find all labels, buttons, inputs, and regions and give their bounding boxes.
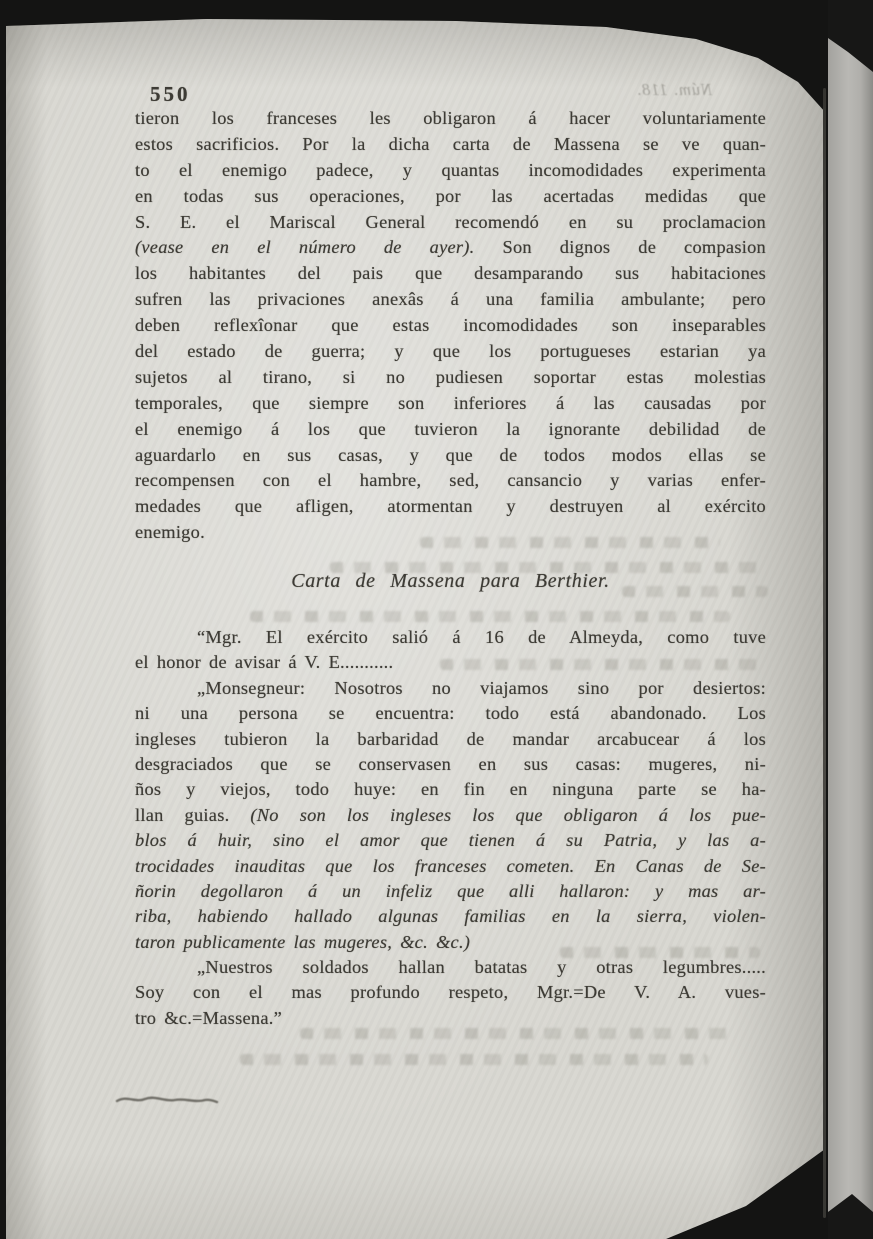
text-line: ingleses tubieron la barbaridad de manda… (135, 727, 766, 752)
text-line: (vease en el número de ayer). Son dignos… (135, 235, 766, 261)
text-segment: „Nuestros soldados hallan batatas y otra… (197, 957, 766, 977)
text-line: „Monsegneur: Nosotros no viajamos sino p… (135, 676, 766, 701)
text-segment: llan guias. (135, 805, 250, 825)
text-line: desgraciados que se conservasen en sus c… (135, 752, 766, 777)
text-segment: S. E. el Mariscal General recomendó en s… (135, 212, 766, 232)
text-line: recompensen con el hambre, sed, cansanci… (135, 468, 766, 494)
bleedthrough-issue-number: Núm. 118. (636, 80, 712, 100)
text-segment: ños y viejos, todo huye: en fin en ningu… (135, 779, 766, 799)
text-segment: to el enemigo padece, y quantas incomodi… (135, 160, 766, 180)
scanned-book-photo: 550 Núm. 118. tieron los franceses les o… (0, 0, 873, 1239)
text-line: Soy con el mas profundo respeto, Mgr.=De… (135, 980, 766, 1005)
book-page: 550 Núm. 118. tieron los franceses les o… (6, 14, 825, 1239)
text-segment: del estado de guerra; y que los portugue… (135, 341, 766, 361)
text-segment: ingleses tubieron la barbaridad de manda… (135, 729, 766, 749)
text-segment: en todas sus operaciones, por las acerta… (135, 186, 766, 206)
italic-text-segment: (No son los ingleses los que obligaron á… (250, 805, 766, 825)
text-line: sufren las privaciones anexâs á una fami… (135, 287, 766, 313)
text-segment: temporales, que siempre son inferiores á… (135, 393, 766, 413)
text-line: sujetos al tirano, si no pudiesen soport… (135, 365, 766, 391)
text-segment: aguardarlo en sus casas, y que de todos … (135, 445, 766, 465)
text-segment: recompensen con el hambre, sed, cansanci… (135, 470, 766, 490)
text-line: en todas sus operaciones, por las acerta… (135, 184, 766, 210)
text-line: tieron los franceses les obligaron á hac… (135, 106, 766, 132)
text-line: el enemigo á los que tuvieron la ignoran… (135, 417, 766, 443)
text-segment: tieron los franceses les obligaron á hac… (135, 108, 766, 128)
text-segment: Son dignos de compasion (475, 237, 766, 257)
text-line: “Mgr. El exército salió á 16 de Almeyda,… (135, 625, 766, 650)
text-line: aguardarlo en sus casas, y que de todos … (135, 443, 766, 469)
text-line: del estado de guerra; y que los portugue… (135, 339, 766, 365)
text-line: riba, habiendo hallado algunas familias … (135, 904, 766, 929)
text-segment: desgraciados que se conservasen en sus c… (135, 754, 766, 774)
text-line: „Nuestros soldados hallan batatas y otra… (135, 955, 766, 980)
text-line: S. E. el Mariscal General recomendó en s… (135, 210, 766, 236)
text-line: to el enemigo padece, y quantas incomodi… (135, 158, 766, 184)
bleedthrough-line (440, 659, 770, 670)
bleedthrough-line (300, 1028, 740, 1039)
text-line: medades que afligen, atormentan y destru… (135, 494, 766, 520)
text-segment: estos sacrificios. Por la dicha carta de… (135, 134, 766, 154)
text-line: deben reflexîonar que estas incomodidade… (135, 313, 766, 339)
italic-text-segment: trocidades inauditas que los franceses c… (135, 856, 766, 876)
text-segment: medades que afligen, atormentan y destru… (135, 496, 766, 516)
text-segment: sujetos al tirano, si no pudiesen soport… (135, 367, 766, 387)
italic-text-segment: (vease en el número de ayer). (135, 237, 475, 257)
text-segment: Soy con el mas profundo respeto, Mgr.=De… (135, 982, 766, 1002)
letter-paragraph: “Mgr. El exército salió á 16 de Almeyda,… (135, 625, 766, 1031)
text-line: trocidades inauditas que los franceses c… (135, 854, 766, 879)
bleedthrough-line (240, 1054, 708, 1065)
text-line: ños y viejos, todo huye: en fin en ningu… (135, 777, 766, 802)
italic-text-segment: ñorin degollaron á un infeliz que alli h… (135, 881, 766, 901)
pen-mark (115, 1090, 219, 1110)
facing-page-edge (828, 0, 873, 1239)
bleedthrough-line (330, 562, 766, 573)
text-segment: “Mgr. El exército salió á 16 de Almeyda,… (197, 627, 766, 647)
text-line: los habitantes del pais que desamparando… (135, 261, 766, 287)
text-segment: tro &c.=Massena.” (135, 1008, 282, 1028)
italic-text-segment: taron publicamente las mugeres, &c. &c.) (135, 932, 470, 952)
page-number: 550 (150, 82, 191, 107)
text-segment: „Monsegneur: Nosotros no viajamos sino p… (197, 678, 766, 698)
bleedthrough-line (250, 611, 730, 622)
bleedthrough-line (420, 537, 720, 548)
text-line: temporales, que siempre son inferiores á… (135, 391, 766, 417)
text-segment: sufren las privaciones anexâs á una fami… (135, 289, 766, 309)
text-segment: ni una persona se encuentra: todo está a… (135, 703, 766, 723)
text-segment: enemigo. (135, 522, 205, 542)
text-line: llan guias. (No son los ingleses los que… (135, 803, 766, 828)
body-paragraph-1: tieron los franceses les obligaron á hac… (135, 106, 766, 546)
bleedthrough-line (560, 947, 760, 958)
page-gutter (823, 88, 826, 1218)
italic-text-segment: riba, habiendo hallado algunas familias … (135, 906, 766, 926)
text-line: ñorin degollaron á un infeliz que alli h… (135, 879, 766, 904)
bleedthrough-line (622, 586, 768, 597)
text-line: estos sacrificios. Por la dicha carta de… (135, 132, 766, 158)
text-segment: deben reflexîonar que estas incomodidade… (135, 315, 766, 335)
text-segment: el enemigo á los que tuvieron la ignoran… (135, 419, 766, 439)
text-line: blos á huir, sino el amor que tienen á s… (135, 828, 766, 853)
italic-text-segment: blos á huir, sino el amor que tienen á s… (135, 830, 766, 850)
text-segment: el honor de avisar á V. E........... (135, 652, 393, 672)
text-segment: los habitantes del pais que desamparando… (135, 263, 766, 283)
text-line: ni una persona se encuentra: todo está a… (135, 701, 766, 726)
